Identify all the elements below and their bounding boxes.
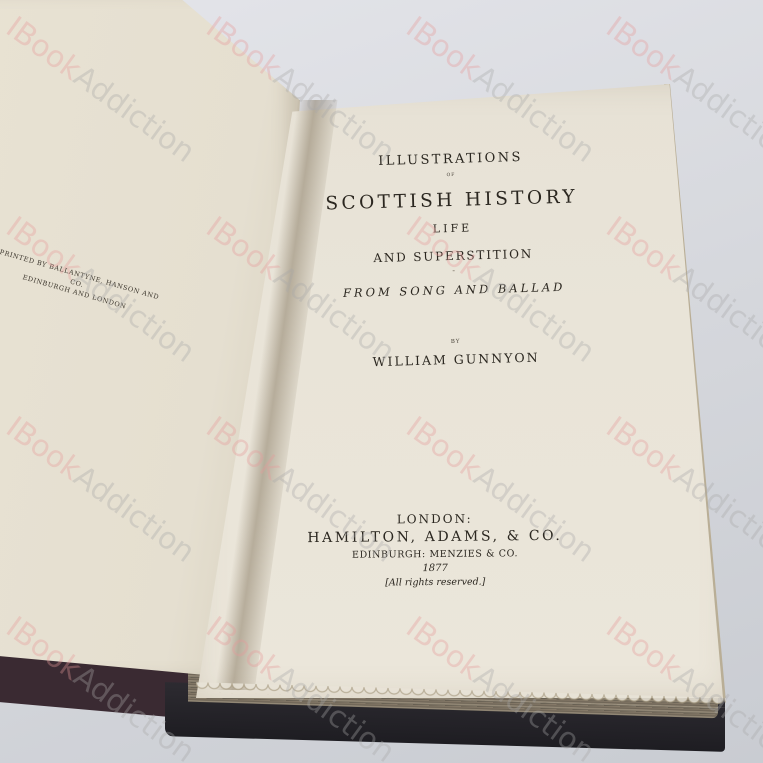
book-photo: PRINTED BY BALLANTYNE, HANSON AND CO. ED… [0,0,763,763]
title-life: LIFE [302,218,602,239]
imprint-publisher: HAMILTON, ADAMS, & CO. [290,528,580,547]
imprint-year: 1877 [290,562,580,576]
imprint-co-publisher: EDINBURGH: MENZIES & CO. [290,548,580,562]
title-main: SCOTTISH HISTORY [301,186,601,215]
imprint-city: LONDON: [290,511,580,528]
title-by: BY [306,335,606,349]
title-of: OF [301,169,601,182]
publisher-imprint: LONDON: HAMILTON, ADAMS, & CO. EDINBURGH… [290,511,581,590]
title-subtitle: FROM SONG AND BALLAD [304,279,604,301]
title-illustrations: ILLUSTRATIONS [300,148,600,171]
title-block: ILLUSTRATIONS OF SCOTTISH HISTORY LIFE A… [300,136,606,371]
